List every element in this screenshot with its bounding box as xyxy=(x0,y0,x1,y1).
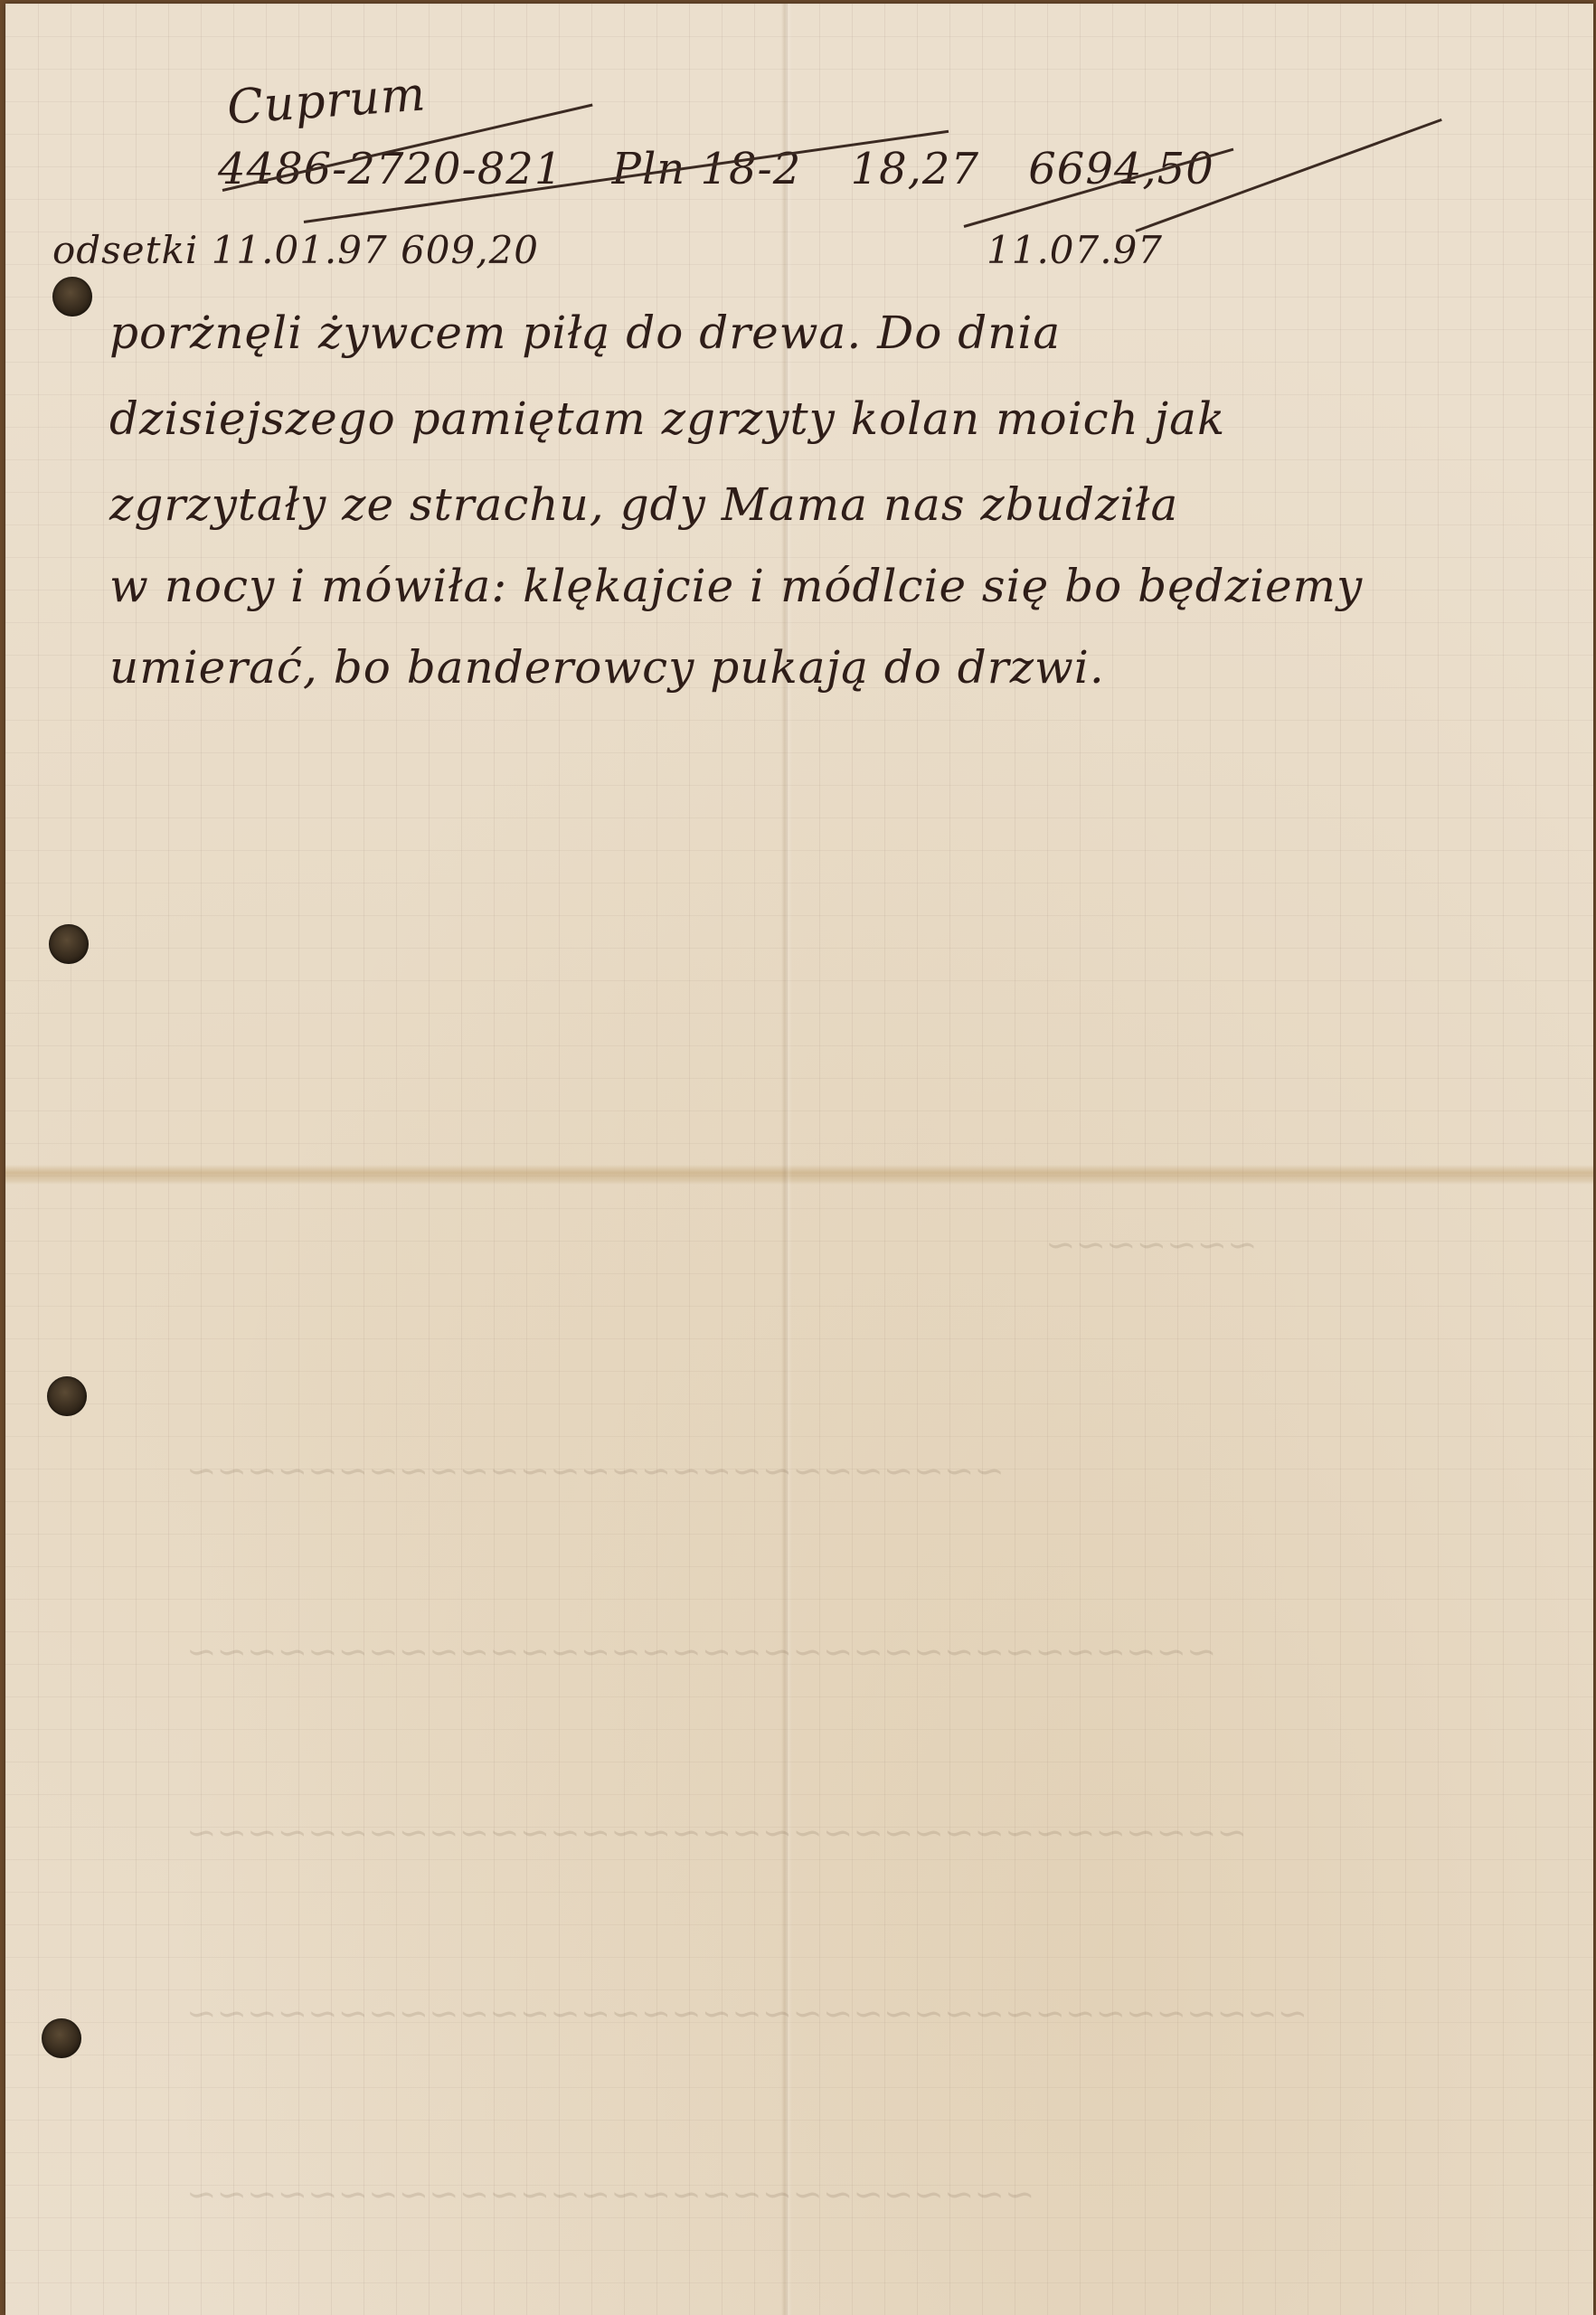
paper-sheet: Cuprum 4486-2720-821 Pln 18-2 18,27 6694… xyxy=(5,4,1593,2315)
punch-hole xyxy=(49,924,89,964)
punch-hole xyxy=(47,1376,87,1416)
bleed-through-text: ~~~~~~~ xyxy=(1045,1224,1258,1266)
amount-rate: 18,27 xyxy=(851,144,979,194)
punch-hole xyxy=(52,277,92,317)
body-line: w nocy i mówiła: klękajcie i módlcie się… xyxy=(109,560,1363,612)
body-line: porżnęli żywcem piłą do drewa. Do dnia xyxy=(109,307,1061,359)
punch-hole xyxy=(42,2018,81,2058)
interest-note: odsetki 11.01.97 609,20 xyxy=(52,228,539,272)
bleed-through-text: ~~~~~~~~~~~~~~~~~~~~~~~~~~~~ xyxy=(186,2174,1034,2216)
date-note: 11.07.97 xyxy=(987,228,1163,272)
bleed-through-text: ~~~~~~~~~~~~~~~~~~~~~~~~~~~ xyxy=(186,1450,1005,1492)
bleed-through-text: ~~~~~~~~~~~~~~~~~~~~~~~~~~~~~~~~~~ xyxy=(186,1631,1217,1673)
body-line: dzisiejszego pamiętam zgrzyty kolan moic… xyxy=(109,392,1225,445)
body-line: umierać, bo banderowcy pukają do drzwi. xyxy=(109,641,1105,694)
bleed-through-text: ~~~~~~~~~~~~~~~~~~~~~~~~~~~~~~~~~~~~~ xyxy=(186,1993,1308,2035)
header-title: Cuprum xyxy=(225,67,428,135)
amount-pln: Pln 18-2 xyxy=(612,144,802,194)
body-line: zgrzytały ze strachu, gdy Mama nas zbudz… xyxy=(109,478,1178,531)
horizontal-fold-crease xyxy=(5,1165,1593,1185)
bleed-through-text: ~~~~~~~~~~~~~~~~~~~~~~~~~~~~~~~~~~~ xyxy=(186,1812,1247,1854)
amount-total: 6694,50 xyxy=(1028,144,1214,194)
